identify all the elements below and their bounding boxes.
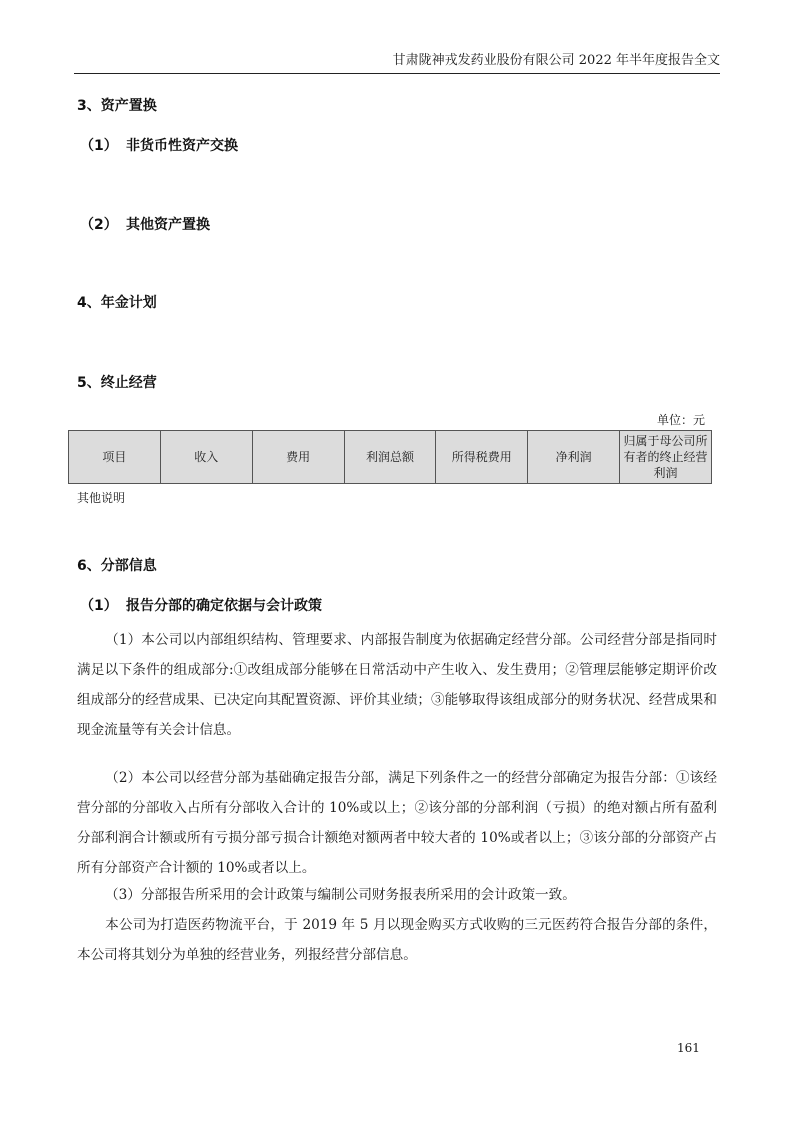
- section-heading-annuity-plan: 4、年金计划: [77, 294, 157, 312]
- page-header: 甘肃陇神戎发药业股份有限公司 2022 年半年度报告全文: [74, 52, 720, 74]
- paragraph-segment-criteria-1: （1）本公司以内部组织结构、管理要求、内部报告制度为依据确定经营分部。公司经营分…: [77, 625, 717, 745]
- paragraph-segment-criteria-2: （2）本公司以经营分部为基础确定报告分部，满足下列条件之一的经营分部确定为报告分…: [77, 763, 717, 883]
- paragraph-segment-criteria-3: （3）分部报告所采用的会计政策与编制公司财务报表所采用的会计政策一致。: [77, 880, 717, 910]
- section-heading-asset-swap: 3、资产置换: [77, 97, 157, 115]
- table-header-cell: 收入: [160, 431, 252, 484]
- section-heading-discontinued-operations: 5、终止经营: [77, 374, 157, 392]
- table-header-cell: 项目: [69, 431, 161, 484]
- subheading-title: 报告分部的确定依据与会计政策: [126, 598, 322, 614]
- other-notes-label: 其他说明: [77, 490, 125, 506]
- discontinued-operations-table: 项目 收入 费用 利润总额 所得税费用 净利润 归属于母公司所有者的终止经营利润: [68, 430, 712, 484]
- table-header-cell: 净利润: [528, 431, 620, 484]
- unit-label: 单位：元: [657, 412, 705, 428]
- subheading-nonmonetary-exchange: （1）非货币性资产交换: [80, 137, 238, 155]
- subheading-title: 其他资产置换: [126, 217, 210, 233]
- table-header-cell: 所得税费用: [436, 431, 528, 484]
- paragraph-sanyuan-segment: 本公司为打造医药物流平台，于 2019 年 5 月以现金购买方式收购的三元医药符…: [77, 910, 717, 970]
- subheading-title: 非货币性资产交换: [126, 138, 238, 154]
- page-number: 161: [677, 1041, 700, 1055]
- section-heading-segment-info: 6、分部信息: [77, 557, 157, 575]
- table-header-row: 项目 收入 费用 利润总额 所得税费用 净利润 归属于母公司所有者的终止经营利润: [69, 431, 712, 484]
- subheading-segment-basis: （1）报告分部的确定依据与会计政策: [80, 597, 322, 615]
- table-header-cell: 费用: [252, 431, 344, 484]
- subheading-other-asset-swap: （2）其他资产置换: [80, 216, 210, 234]
- table-header-cell: 归属于母公司所有者的终止经营利润: [620, 431, 712, 484]
- subheading-number: （1）: [80, 137, 126, 155]
- subheading-number: （1）: [80, 597, 126, 615]
- subheading-number: （2）: [80, 216, 126, 234]
- table-header-cell: 利润总额: [344, 431, 436, 484]
